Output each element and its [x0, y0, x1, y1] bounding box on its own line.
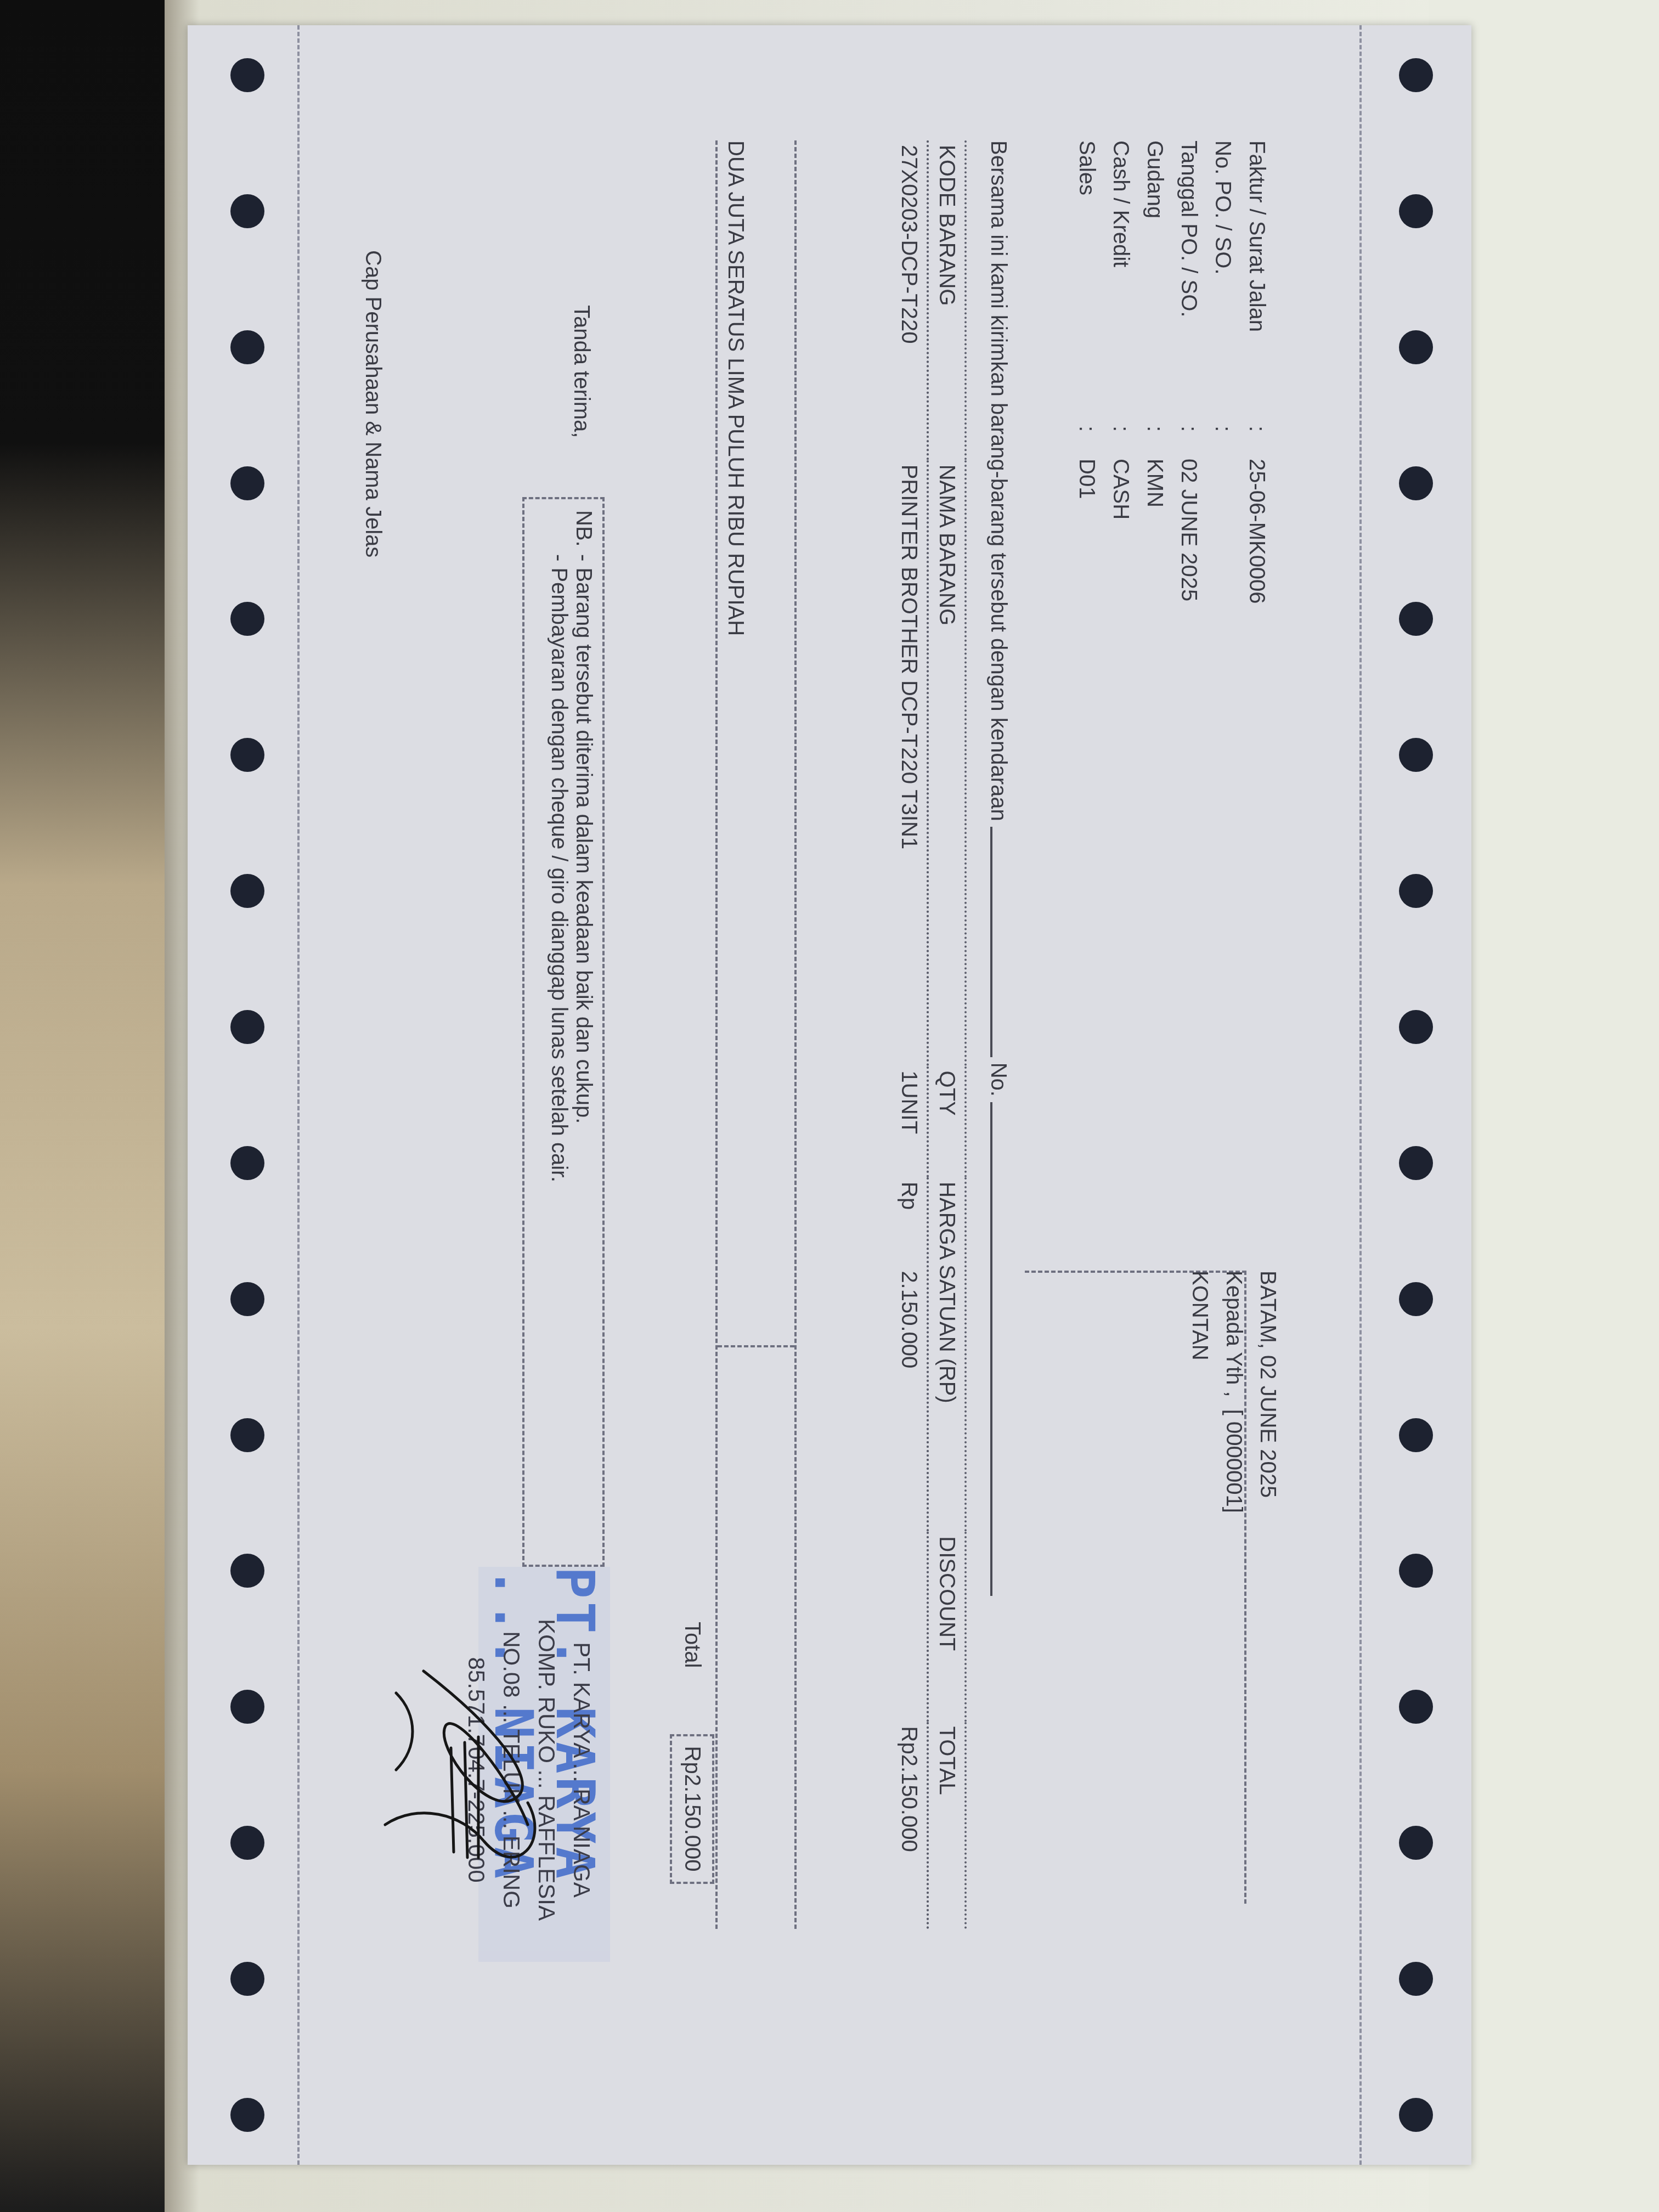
feed-hole [1399, 466, 1433, 500]
header-field-colon: : [1109, 426, 1133, 459]
header-field-value: KMN [1143, 459, 1167, 507]
items-table-header: KODE BARANGNAMA BARANGQTYHARGA SATUAN (R… [928, 140, 966, 1929]
header-field-value: 25-06-MK0006 [1245, 459, 1269, 604]
feed-hole [1399, 1690, 1433, 1724]
amount-in-words-box: DUA JUTA SERATUS LIMA PULUH RIBU RUPIAH [715, 140, 797, 1929]
header-field-value: CASH [1109, 459, 1133, 520]
invoice-paper: Faktur / Surat Jalan:25-06-MK0006No. PO.… [188, 25, 1471, 2165]
recipient-label: Kepada Yth , [1222, 1271, 1246, 1397]
item-qty: 1UNIT [891, 1066, 928, 1178]
feed-hole [1399, 1962, 1433, 1996]
header-field: Cash / Kredit:CASH [1104, 140, 1138, 1018]
header-field-label: Faktur / Surat Jalan [1245, 140, 1269, 426]
feed-hole [1399, 874, 1433, 908]
header-field-label: Cash / Kredit [1109, 140, 1133, 426]
feed-hole [1399, 1010, 1433, 1044]
column-header: HARGA SATUAN (RP) [928, 1177, 966, 1532]
feed-hole [230, 1418, 264, 1452]
feed-hole [1399, 58, 1433, 92]
feed-hole [230, 602, 264, 636]
feed-hole [230, 874, 264, 908]
recipient-block: BATAM, 02 JUNE 2025 Kepada Yth , [ 00000… [1183, 1271, 1285, 1929]
receiver-signature-label: Tanda terima, [569, 305, 594, 438]
shipment-no-field [990, 1102, 992, 1596]
header-field-colon: : [1075, 426, 1099, 459]
header-field-label: Gudang [1143, 140, 1167, 426]
feed-hole [230, 738, 264, 772]
header-field-value: 02 JUNE 2025 [1177, 459, 1201, 601]
feed-hole [1399, 1554, 1433, 1588]
feed-hole [230, 194, 264, 228]
item-unit-price: Rp 2.150.000 [891, 1177, 928, 1532]
feed-hole [1399, 330, 1433, 364]
company-info-line: PT. KARYA ... RA NIAGA [564, 1578, 599, 1962]
invoice-header-fields: Faktur / Surat Jalan:25-06-MK0006No. PO.… [1070, 140, 1274, 1018]
feed-hole [230, 330, 264, 364]
invoice-form: Faktur / Surat Jalan:25-06-MK0006No. PO.… [308, 140, 1351, 2050]
tractor-feed-strip-bottom [188, 25, 300, 2165]
feed-hole [230, 466, 264, 500]
vehicle-field [990, 827, 992, 1057]
feed-hole [230, 1690, 264, 1724]
shipment-no-label: No. [986, 1063, 1011, 1097]
header-field: Tanggal PO. / SO.:02 JUNE 2025 [1172, 140, 1206, 1018]
grand-total-value: Rp2.150.000 [670, 1734, 714, 1884]
header-field: No. PO. / SO.: [1206, 140, 1240, 1018]
item-discount [891, 1532, 928, 1722]
items-table: KODE BARANGNAMA BARANGQTYHARGA SATUAN (R… [891, 140, 967, 1929]
feed-hole [230, 58, 264, 92]
feed-hole [230, 1554, 264, 1588]
shipment-line: Bersama ini kami kirimkan barang-barang … [986, 140, 1011, 1896]
column-header: NAMA BARANG [928, 460, 966, 1066]
recipient-name: KONTAN [1188, 1271, 1212, 1361]
column-header: QTY [928, 1066, 966, 1178]
table-row: 27X0203-DCP-T220PRINTER BROTHER DCP-T220… [891, 140, 928, 1929]
column-header: DISCOUNT [928, 1532, 966, 1722]
note-line: - Pembayaran dengan cheque / giro diangg… [546, 554, 571, 1182]
feed-hole [230, 2098, 264, 2132]
column-header: KODE BARANG [928, 140, 966, 460]
notes-prefix: NB. [571, 510, 596, 554]
feed-hole [1399, 2098, 1433, 2132]
feed-hole [230, 1962, 264, 1996]
amount-in-words: DUA JUTA SERATUS LIMA PULUH RIBU RUPIAH [723, 140, 748, 636]
feed-hole [230, 1146, 264, 1180]
signature-icon [374, 1660, 561, 1891]
feed-hole [1399, 602, 1433, 636]
header-field-label: Tanggal PO. / SO. [1177, 140, 1201, 426]
header-field: Faktur / Surat Jalan:25-06-MK0006 [1240, 140, 1274, 1018]
item-name: PRINTER BROTHER DCP-T220 T3IN1 [891, 460, 928, 1066]
header-field-colon: : [1245, 426, 1269, 459]
company-stamp-label: Cap Perusahaan & Nama Jelas [360, 250, 385, 557]
header-field-colon: : [1143, 426, 1167, 459]
feed-hole [230, 1010, 264, 1044]
header-field-colon: : [1177, 426, 1201, 459]
place-date: BATAM, 02 JUNE 2025 [1256, 1271, 1280, 1498]
feed-hole [1399, 1282, 1433, 1316]
header-field-label: No. PO. / SO. [1211, 140, 1235, 426]
column-header: TOTAL [928, 1722, 966, 1929]
grand-total-label: Total [680, 1622, 704, 1668]
header-field-label: Sales [1075, 140, 1099, 426]
item-code: 27X0203-DCP-T220 [891, 140, 928, 460]
grand-total-row: Total Rp2.150.000 [670, 1622, 714, 1884]
feed-hole [1399, 1146, 1433, 1180]
recipient-code: [ 0000001] [1222, 1409, 1246, 1513]
feed-hole [230, 1282, 264, 1316]
feed-hole [230, 1826, 264, 1860]
note-line: - Barang tersebut diterima dalam keadaan… [571, 554, 596, 1124]
shipment-intro: Bersama ini kami kirimkan barang-barang … [986, 140, 1011, 821]
notes-box: NB. - Barang tersebut diterima dalam kea… [522, 497, 605, 1567]
header-field: Sales:D01 [1070, 140, 1104, 1018]
item-total: Rp2.150.000 [891, 1722, 928, 1929]
header-field-value: D01 [1075, 459, 1099, 499]
feed-hole [1399, 1418, 1433, 1452]
background-fabric [0, 0, 165, 2212]
header-field: Gudang:KMN [1138, 140, 1172, 1018]
feed-hole [1399, 194, 1433, 228]
feed-hole [1399, 1826, 1433, 1860]
header-field-colon: : [1211, 426, 1235, 459]
tractor-feed-strip-top [1359, 25, 1471, 2165]
feed-hole [1399, 738, 1433, 772]
